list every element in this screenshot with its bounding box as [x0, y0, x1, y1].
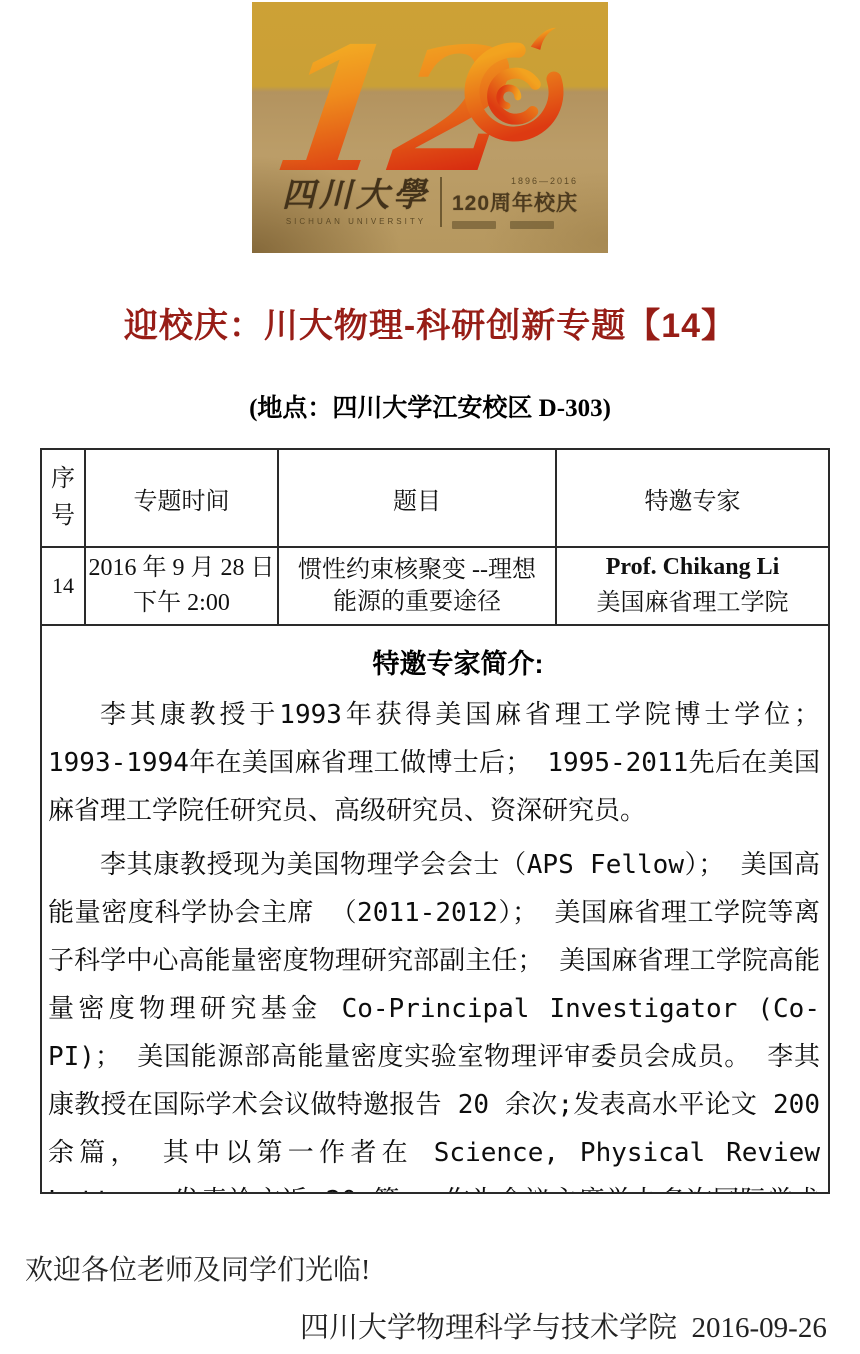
- expert-name: Prof. Chikang Li: [557, 551, 828, 585]
- header-expert: 特邀专家: [556, 449, 829, 547]
- header-topic: 题目: [278, 449, 556, 547]
- session-date: 2016 年 9 月 28 日: [86, 551, 277, 586]
- university-name-cn: 四川大學: [282, 178, 430, 214]
- welcome-line: 欢迎各位老师及同学们光临!: [25, 1248, 370, 1288]
- header-time: 专题时间: [85, 449, 278, 547]
- topic-line2: 能源的重要途径: [279, 586, 555, 618]
- banner-anniversary-block: 1896—2016 120周年校庆: [452, 176, 578, 229]
- cell-expert-bio: 特邀专家简介: 李其康教授于1993年获得美国麻省理工学院博士学位； 1993-…: [41, 625, 829, 1193]
- signature-line: 四川大学物理科学与技术学院 2016-09-26: [300, 1305, 827, 1346]
- anniversary-title: 120周年校庆: [452, 187, 578, 217]
- topic-line1: 惯性约束核聚变 --理想: [279, 554, 555, 586]
- table-bio-row: 特邀专家简介: 李其康教授于1993年获得美国麻省理工学院博士学位； 1993-…: [41, 625, 829, 1193]
- cell-session-topic: 惯性约束核聚变 --理想 能源的重要途径: [278, 547, 556, 625]
- page-title: 迎校庆：川大物理-科研创新专题【14】: [0, 298, 860, 347]
- cell-session-time: 2016 年 9 月 28 日 下午 2:00: [85, 547, 278, 625]
- university-name-en: SICHUAN UNIVERSITY: [286, 217, 426, 226]
- table-row: 14 2016 年 9 月 28 日 下午 2:00 惯性约束核聚变 --理想 …: [41, 547, 829, 625]
- header-no: 序号: [41, 449, 85, 547]
- bio-paragraph-2: 李其康教授现为美国物理学会会士（APS Fellow）； 美国高能量密度科学协会…: [48, 841, 820, 1192]
- table-header-row: 序号 专题时间 题目 特邀专家: [41, 449, 829, 547]
- anniversary-slogan-marks: [452, 221, 554, 229]
- anniversary-banner: 12 四川大學 SICHUAN UNIVERSITY 1896—2016 120…: [252, 2, 608, 253]
- slogan-block: [510, 221, 554, 229]
- slogan-block: [452, 221, 496, 229]
- schedule-table: 序号 专题时间 题目 特邀专家 14 2016 年 9 月 28 日 下午 2:…: [40, 448, 830, 1194]
- banner-divider: [440, 177, 442, 227]
- session-hour: 下午 2:00: [86, 586, 277, 621]
- cell-session-no: 14: [41, 547, 85, 625]
- bio-content: 特邀专家简介: 李其康教授于1993年获得美国麻省理工学院博士学位； 1993-…: [42, 626, 828, 1192]
- cell-session-expert: Prof. Chikang Li 美国麻省理工学院: [556, 547, 829, 625]
- expert-affiliation: 美国麻省理工学院: [557, 585, 828, 621]
- bio-paragraph-1: 李其康教授于1993年获得美国麻省理工学院博士学位； 1993-1994年在美国…: [48, 691, 820, 835]
- banner-university-block: 四川大學 SICHUAN UNIVERSITY: [282, 178, 430, 226]
- location-subtitle: (地点：四川大学江安校区 D-303): [0, 388, 860, 424]
- anniversary-years: 1896—2016: [511, 176, 578, 186]
- announcement-page: 12 四川大學 SICHUAN UNIVERSITY 1896—2016 120…: [0, 0, 860, 1354]
- banner-caption: 四川大學 SICHUAN UNIVERSITY 1896—2016 120周年校…: [252, 169, 608, 235]
- bio-heading: 特邀专家简介:: [96, 642, 820, 681]
